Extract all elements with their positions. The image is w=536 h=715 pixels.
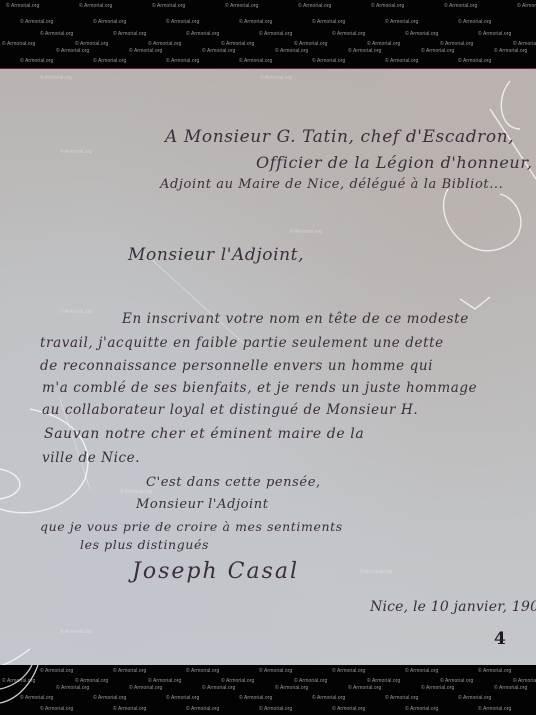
watermark-band-top: © Armorial.org© Armorial.org© Armorial.o…: [0, 0, 536, 68]
watermark-row: © Armorial.org© Armorial.org© Armorial.o…: [40, 668, 536, 674]
paper-watermark: © Armorial.org: [60, 629, 92, 635]
body-line: ville de Nice.: [42, 450, 140, 466]
place-date: Nice, le 10 janvier, 1903: [370, 599, 536, 615]
watermark-row: © Armorial.org© Armorial.org© Armorial.o…: [40, 31, 536, 37]
watermark-band-bottom: © Armorial.org© Armorial.org© Armorial.o…: [0, 665, 536, 715]
address-line-2: Officier de la Légion d'honneur, a: [256, 153, 536, 172]
watermark-row: © Armorial.org© Armorial.org© Armorial.o…: [56, 48, 536, 54]
body-line: au collaborateur loyal et distingué de M…: [42, 402, 418, 418]
watermark-row: © Armorial.org© Armorial.org© Armorial.o…: [20, 19, 531, 25]
page-number: 4: [494, 629, 506, 649]
watermark-row: © Armorial.org© Armorial.org© Armorial.o…: [6, 3, 536, 9]
paper-watermark: © Armorial.org: [290, 229, 322, 235]
body-line: En inscrivant votre nom en tête de ce mo…: [122, 311, 469, 327]
closing-line: Monsieur l'Adjoint: [136, 497, 269, 512]
body-line: de reconnaissance personnelle envers un …: [40, 358, 433, 374]
watermark-row: © Armorial.org© Armorial.org© Armorial.o…: [20, 58, 531, 64]
body-line: travail, j'acquitte en faible partie seu…: [40, 335, 444, 351]
address-line-3: Adjoint au Maire de Nice, délégué à la B…: [160, 177, 503, 192]
closing-line: que je vous prie de croire à mes sentime…: [40, 519, 343, 534]
closing-line: les plus distingués: [80, 537, 209, 552]
salutation: Monsieur l'Adjoint,: [128, 245, 304, 265]
watermark-row: © Armorial.org© Armorial.org© Armorial.o…: [56, 685, 536, 691]
paper-watermark: © Armorial.org: [40, 75, 72, 81]
watermark-row: © Armorial.org© Armorial.org© Armorial.o…: [2, 678, 536, 684]
watermark-row: © Armorial.org© Armorial.org© Armorial.o…: [40, 706, 536, 712]
body-line: m'a comblé de ses bienfaits, et je rends…: [42, 380, 477, 396]
address-line-1: A Monsieur G. Tatin, chef d'Escadron,: [165, 127, 514, 147]
paper-watermark: © Armorial.org: [360, 569, 392, 575]
body-line: Sauvan notre cher et éminent maire de la: [44, 426, 364, 442]
signature: Joseph Casal: [132, 559, 299, 584]
paper-watermark: © Armorial.org: [60, 309, 92, 315]
paper-watermark: © Armorial.org: [60, 149, 92, 155]
paper-watermark: © Armorial.org: [260, 75, 292, 81]
letter-paper: © Armorial.org © Armorial.org © Armorial…: [0, 68, 536, 666]
closing-line: C'est dans cette pensée,: [146, 475, 321, 490]
watermark-row: © Armorial.org© Armorial.org© Armorial.o…: [20, 695, 531, 701]
watermark-row: © Armorial.org© Armorial.org© Armorial.o…: [2, 41, 536, 47]
